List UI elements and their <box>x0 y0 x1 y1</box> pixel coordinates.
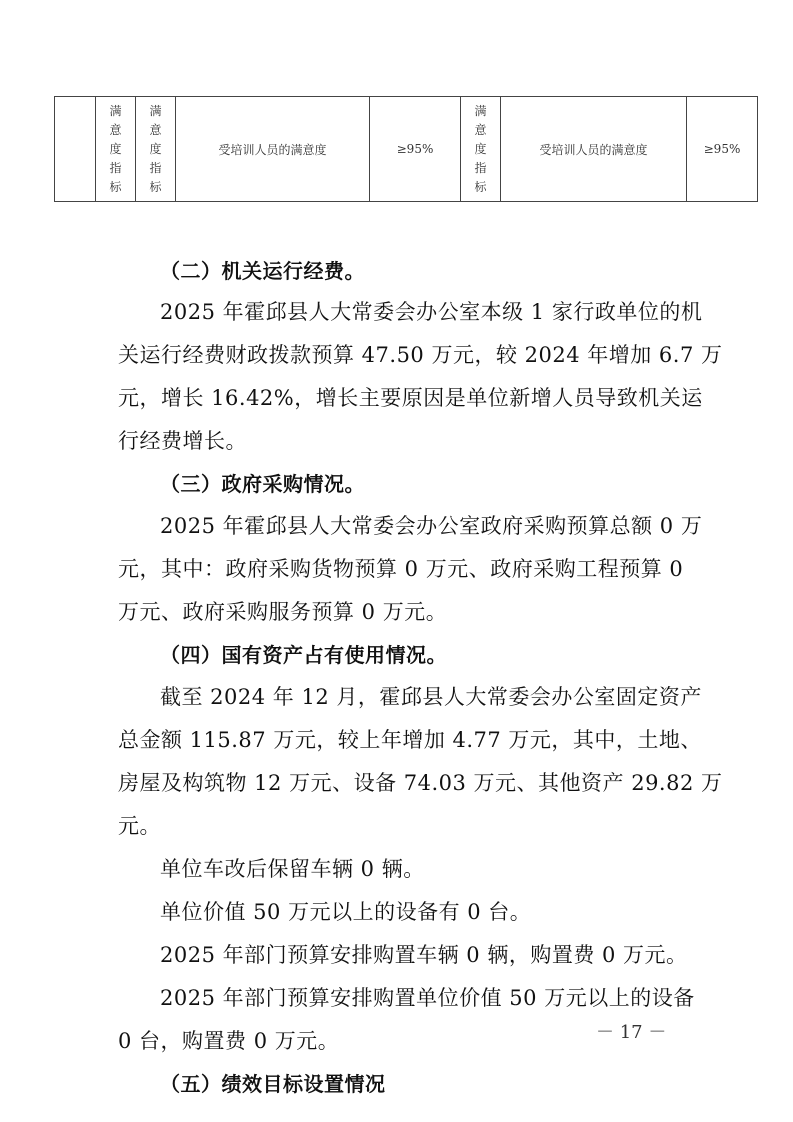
section-heading-2: （二）机关运行经费。 <box>160 255 365 284</box>
paragraph-line: 2025 年霍邱县人大常委会办公室政府采购预算总额 0 万 <box>160 510 702 540</box>
paragraph-line: 万元、政府采购服务预算 0 万元。 <box>118 596 447 626</box>
table-cell-indicator-level2: 满意度指标 <box>136 97 176 202</box>
paragraph-line: 截至 2024 年 12 月，霍邱县人大常委会办公室固定资产 <box>160 681 702 711</box>
paragraph-line: 2025 年霍邱县人大常委会办公室本级 1 家行政单位的机 <box>160 296 702 326</box>
page-number: － 17 － <box>596 1018 666 1044</box>
indicator-label: 满意度指标 <box>474 102 487 197</box>
paragraph-line: 关运行经费财政拨款预算 47.50 万元，较 2024 年增加 6.7 万 <box>118 339 723 369</box>
section-heading-4: （四）国有资产占有使用情况。 <box>160 639 447 668</box>
table-cell-empty <box>55 97 96 202</box>
table-cell-target-value: ≥95% <box>687 97 758 202</box>
paragraph-line: 元。 <box>118 810 161 840</box>
paragraph-line: 单位价值 50 万元以上的设备有 0 台。 <box>160 896 531 926</box>
paragraph-line: 总金额 115.87 万元，较上年增加 4.77 万元，其中，土地、 <box>118 724 702 754</box>
paragraph-line: 0 台，购置费 0 万元。 <box>118 1025 339 1055</box>
section-heading-5: （五）绩效目标设置情况 <box>160 1068 386 1097</box>
paragraph-line: 元，增长 16.42%，增长主要原因是单位新增人员导致机关运 <box>118 382 703 412</box>
paragraph-line: 元，其中：政府采购货物预算 0 万元、政府采购工程预算 0 <box>118 553 683 583</box>
performance-indicator-table: 满意度指标 满意度指标 受培训人员的满意度 ≥95% 满意度指标 受培训人员的满… <box>54 96 758 202</box>
paragraph-line: 2025 年部门预算安排购置单位价值 50 万元以上的设备 <box>160 982 695 1012</box>
table-cell-indicator-name: 受培训人员的满意度 <box>501 97 687 202</box>
table-cell-indicator-level: 满意度指标 <box>461 97 501 202</box>
table-row: 满意度指标 满意度指标 受培训人员的满意度 ≥95% 满意度指标 受培训人员的满… <box>55 97 758 202</box>
indicator-label: 满意度指标 <box>109 102 122 197</box>
paragraph-line: 单位车改后保留车辆 0 辆。 <box>160 853 425 883</box>
table-cell-indicator-name: 受培训人员的满意度 <box>176 97 370 202</box>
table-cell-indicator-level1: 满意度指标 <box>96 97 136 202</box>
section-heading-3: （三）政府采购情况。 <box>160 468 365 497</box>
table-cell-target-value: ≥95% <box>370 97 461 202</box>
paragraph-line: 行经费增长。 <box>118 425 247 455</box>
paragraph-line: 房屋及构筑物 12 万元、设备 74.03 万元、其他资产 29.82 万 <box>118 767 723 797</box>
indicator-label: 满意度指标 <box>149 102 162 197</box>
paragraph-line: 2025 年部门预算安排购置车辆 0 辆，购置费 0 万元。 <box>160 939 688 969</box>
